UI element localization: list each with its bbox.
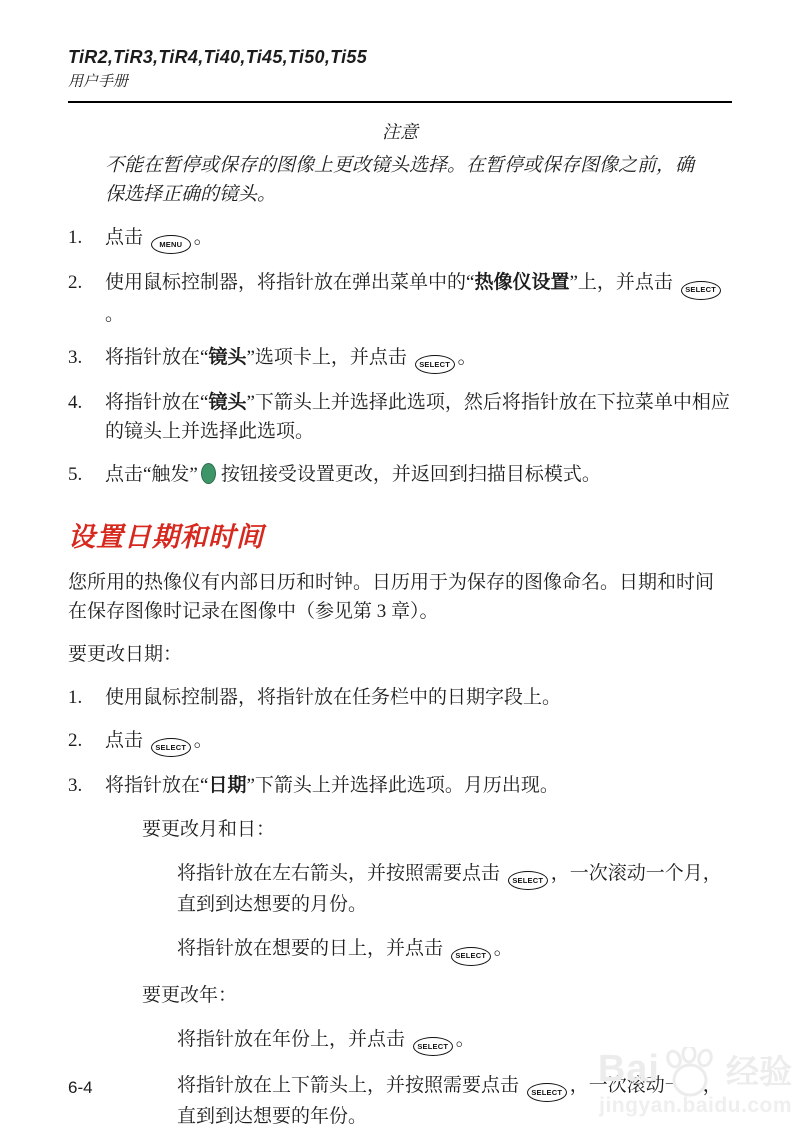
page-title: TiR2,TiR3,TiR4,Ti40,Ti45,Ti50,Ti55	[68, 46, 732, 68]
select-button-icon: SELECT	[413, 1037, 453, 1056]
bullet-text: 要更改年：	[142, 981, 732, 1010]
date-steps-list: 1.使用鼠标控制器，将指针放在任务栏中的日期字段上。2.点击 SELECT。3.…	[68, 683, 732, 800]
emphasis-text: 镜头	[208, 392, 246, 413]
paw-icon	[662, 1047, 720, 1099]
page-subtitle: 用户手册	[68, 73, 732, 92]
text-run: 使用鼠标控制器，将指针放在弹出菜单中的“	[105, 272, 474, 293]
watermark-logo: Bai 经验	[598, 1046, 792, 1093]
text-run: 将指针放在上下箭头上，并按照需要点击	[177, 1075, 524, 1096]
step-text: 将指针放在“日期”下箭头上并选择此选项。月历出现。	[105, 771, 732, 800]
step-number: 2.	[68, 268, 105, 328]
emphasis-text: 日期	[208, 775, 246, 796]
text-run: 。	[105, 304, 124, 325]
change-date-label: 要更改日期：	[68, 640, 732, 669]
bullet-icon	[142, 934, 177, 965]
select-button-icon: SELECT	[415, 355, 455, 374]
bullet-text: 要更改月和日：	[142, 815, 732, 844]
step-item: 3.将指针放在“日期”下箭头上并选择此选项。月历出现。	[68, 771, 732, 800]
step-number: 1.	[68, 683, 105, 712]
text-run: ”上，并点击	[569, 272, 677, 293]
text-run: 将指针放在想要的日上，并点击	[177, 938, 448, 959]
text-run: ”选项卡上，并点击	[246, 347, 411, 368]
manual-page: TiR2,TiR3,TiR4,Ti40,Ti45,Ti50,Ti55 用户手册 …	[0, 0, 800, 1148]
text-run: 。	[458, 347, 477, 368]
step-item: 4.将指针放在“镜头”下箭头上并选择此选项，然后将指针放在下拉菜单中相应的镜头上…	[68, 388, 732, 446]
watermark: Bai 经验 jingyan.baidu.com	[598, 1046, 792, 1118]
watermark-suffix-text: 经验	[726, 1046, 792, 1093]
note-title: 注意	[68, 118, 732, 144]
select-button-icon: SELECT	[151, 738, 191, 757]
text-run: 。	[456, 1029, 475, 1050]
step-number: 5.	[68, 460, 105, 489]
bullet-icon	[107, 981, 142, 1010]
text-run: 点击	[105, 730, 148, 751]
watermark-brand-text: Bai	[598, 1048, 660, 1091]
text-run: 点击	[105, 227, 148, 248]
step-item: 2.使用鼠标控制器，将指针放在弹出菜单中的“热像仪设置”上，并点击 SELECT…	[68, 268, 732, 328]
step-item: 3.将指针放在“镜头”选项卡上，并点击 SELECT。	[68, 343, 732, 374]
select-button-icon: SELECT	[451, 947, 491, 966]
step-number: 1.	[68, 223, 105, 254]
section-title: 设置日期和时间	[68, 522, 732, 553]
watermark-url: jingyan.baidu.com	[598, 1094, 792, 1118]
text-run: 。	[494, 938, 513, 959]
step-item: 2.点击 SELECT。	[68, 726, 732, 757]
select-button-icon: SELECT	[508, 871, 548, 890]
step-text: 使用鼠标控制器，将指针放在弹出菜单中的“热像仪设置”上，并点击 SELECT。	[105, 268, 732, 328]
trigger-button-icon	[201, 463, 216, 484]
text-run: 。	[194, 730, 213, 751]
emphasis-text: 热像仪设置	[474, 272, 569, 293]
note-paragraph: 不能在暂停或保存的图像上更改镜头选择。在暂停或保存图像之前，确保选择正确的镜头。	[105, 151, 704, 209]
step-number: 3.	[68, 771, 105, 800]
select-button-icon: SELECT	[681, 281, 721, 300]
page-number: 6-4	[68, 1078, 93, 1098]
text-run: 将指针放在左右箭头，并按照需要点击	[177, 863, 505, 884]
text-run: 按钮接受设置更改，并返回到扫描目标模式。	[221, 464, 601, 485]
bullet-text: 将指针放在左右箭头，并按照需要点击 SELECT，一次滚动一个月，直到到达想要的…	[177, 859, 732, 919]
select-button-icon: SELECT	[527, 1083, 567, 1102]
lens-steps-list: 1.点击 MENU。2.使用鼠标控制器，将指针放在弹出菜单中的“热像仪设置”上，…	[68, 223, 732, 489]
text-run: 使用鼠标控制器，将指针放在任务栏中的日期字段上。	[105, 687, 561, 708]
step-item: 1.点击 MENU。	[68, 223, 732, 254]
emphasis-text: 镜头	[208, 347, 246, 368]
bullet-item: 要更改月和日：	[107, 815, 732, 844]
step-text: 使用鼠标控制器，将指针放在任务栏中的日期字段上。	[105, 683, 732, 712]
section-intro: 您所用的热像仪有内部日历和时钟。日历用于为保存的图像命名。日期和时间在保存图像时…	[68, 568, 732, 626]
step-number: 2.	[68, 726, 105, 757]
text-run: 。	[194, 227, 213, 248]
step-item: 1.使用鼠标控制器，将指针放在任务栏中的日期字段上。	[68, 683, 732, 712]
text-run: 将指针放在“	[105, 347, 208, 368]
bullet-item: 要更改年：	[107, 981, 732, 1010]
bullet-text: 将指针放在想要的日上，并点击 SELECT。	[177, 934, 732, 965]
step-text: 将指针放在“镜头”下箭头上并选择此选项，然后将指针放在下拉菜单中相应的镜头上并选…	[105, 388, 732, 446]
text-run: ”下箭头上并选择此选项。月历出现。	[246, 775, 558, 796]
step-number: 3.	[68, 343, 105, 374]
bullet-item: 将指针放在左右箭头，并按照需要点击 SELECT，一次滚动一个月，直到到达想要的…	[142, 859, 732, 919]
step-item: 5.点击“触发”按钮接受设置更改，并返回到扫描目标模式。	[68, 460, 732, 489]
bullet-icon	[142, 1025, 177, 1056]
text-run: 点击“触发”	[105, 464, 198, 485]
bullet-icon	[142, 859, 177, 919]
header-rule	[68, 101, 732, 103]
text-run: 将指针放在“	[105, 775, 208, 796]
menu-button-icon: MENU	[151, 235, 191, 254]
bullet-item: 将指针放在想要的日上，并点击 SELECT。	[142, 934, 732, 965]
bullet-icon	[142, 1071, 177, 1131]
text-run: 将指针放在“	[105, 392, 208, 413]
text-run: 将指针放在年份上，并点击	[177, 1029, 410, 1050]
step-text: 点击 SELECT。	[105, 726, 732, 757]
bullet-icon	[107, 815, 142, 844]
step-number: 4.	[68, 388, 105, 446]
step-text: 点击 MENU。	[105, 223, 732, 254]
step-text: 将指针放在“镜头”选项卡上，并点击 SELECT。	[105, 343, 732, 374]
step-text: 点击“触发”按钮接受设置更改，并返回到扫描目标模式。	[105, 460, 732, 489]
